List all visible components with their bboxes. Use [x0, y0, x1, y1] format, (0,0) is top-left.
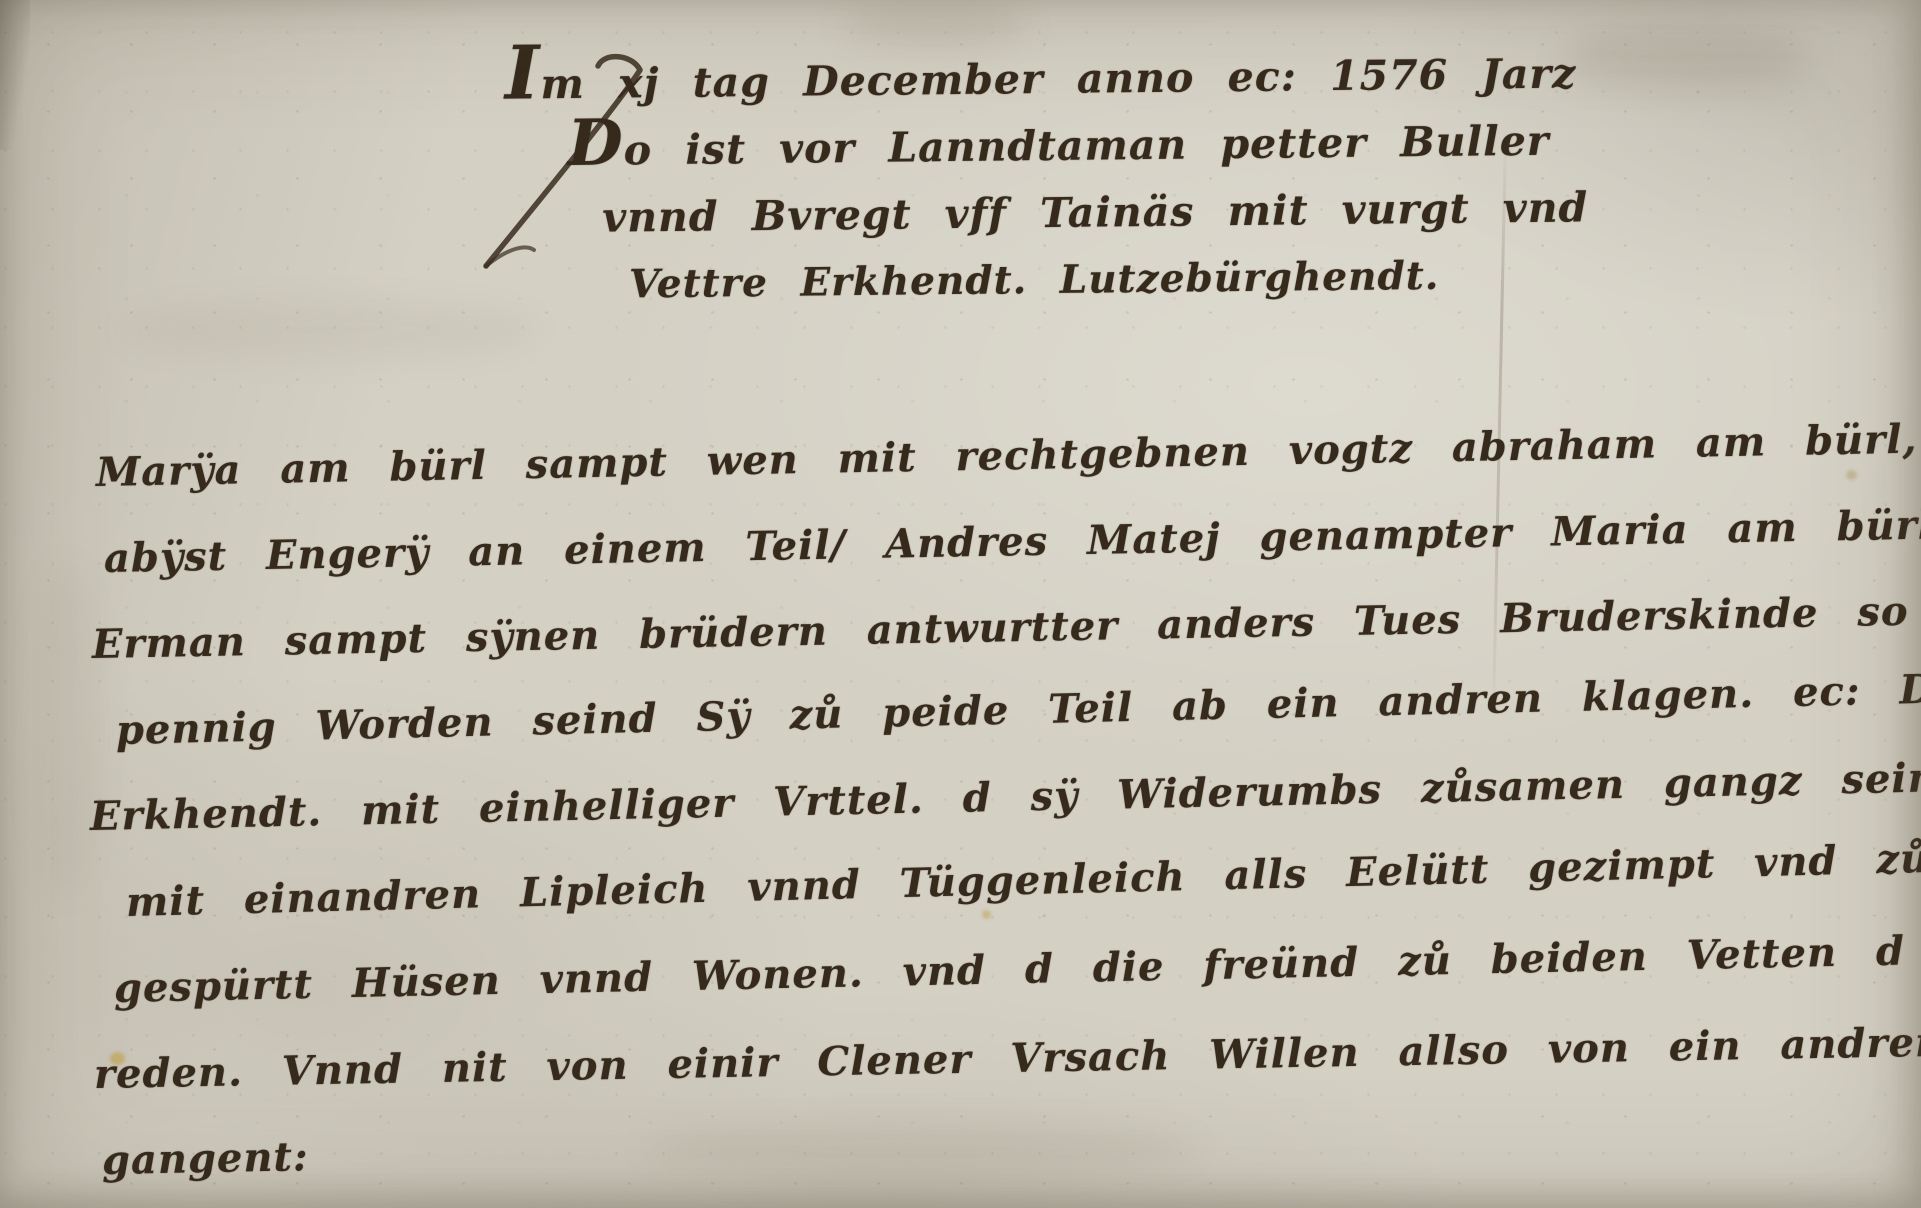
manuscript-page: Im xj tag December anno ec: 1576 Jarz Do… — [0, 0, 1921, 1208]
header-line: Im xj tag December anno ec: 1576 Jarz — [505, 40, 1587, 118]
header-line: Vettre Erkhendt. Lutzebürghendt. — [629, 241, 1589, 318]
photo-edge-shadow — [0, 0, 30, 150]
header-line: vnnd Bvregt vff Tainäs mit vurgt vnd — [602, 174, 1588, 251]
header-block: Im xj tag December anno ec: 1576 Jarz Do… — [505, 40, 1590, 319]
header-line: Do ist vor Lanndtaman petter Buller — [567, 107, 1587, 185]
body-block: Marÿa am bürl sampt wen mit rechtgebnen … — [90, 430, 1921, 1204]
ink-bleedthrough — [1560, 26, 1810, 90]
ink-bleedthrough — [120, 300, 540, 360]
ink-bleedthrough — [840, 4, 1030, 48]
